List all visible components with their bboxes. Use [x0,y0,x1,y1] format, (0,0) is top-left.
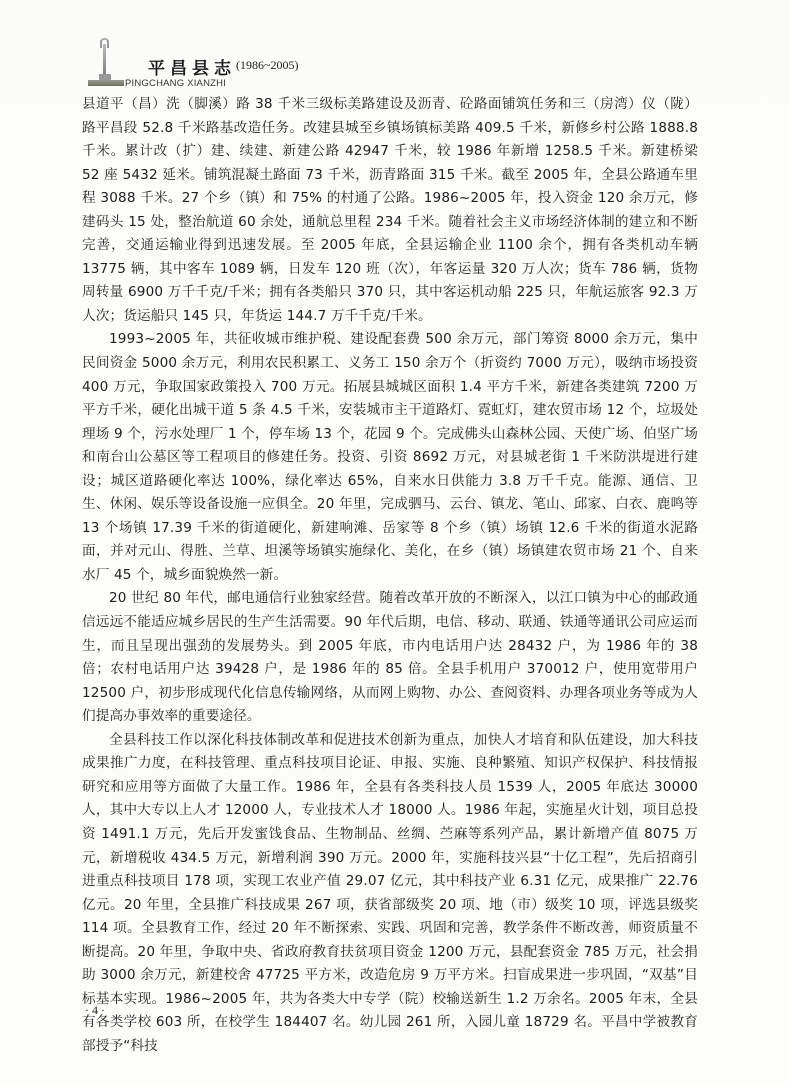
paragraph-urban-construction: 1993~2005 年，共征收城市维护税、建设配套费 500 余万元，部门筹资 … [82,328,698,587]
running-header: 平昌县志 (1986~2005) PINGCHANG XIANZHI [88,36,388,91]
book-title-chinese: 平昌县志 [148,54,236,79]
paragraph-transport: 县道平（昌）洗（脚溪）路 38 千米三级标美路建设及沥青、砼路面铺筑任务和三（房… [82,93,698,328]
tower-logo-icon [88,36,124,88]
paragraph-science-education: 全县科技工作以深化科技体制改革和促进技术创新为重点，加快人才培育和队伍建设，加大… [82,729,698,1059]
document-page: 平昌县志 (1986~2005) PINGCHANG XIANZHI 县道平（昌… [0,0,789,1085]
page-number: · 4 · [85,1003,105,1018]
paragraph-telecom: 20 世纪 80 年代，邮电通信行业独家经营。随着改革开放的不断深入，以江口镇为… [82,587,698,728]
book-title-years: (1986~2005) [236,58,298,73]
book-title-pinyin: PINGCHANG XIANZHI [125,78,226,89]
body-text: 县道平（昌）洗（脚溪）路 38 千米三级标美路建设及沥青、砼路面铺筑任务和三（房… [82,93,698,1058]
